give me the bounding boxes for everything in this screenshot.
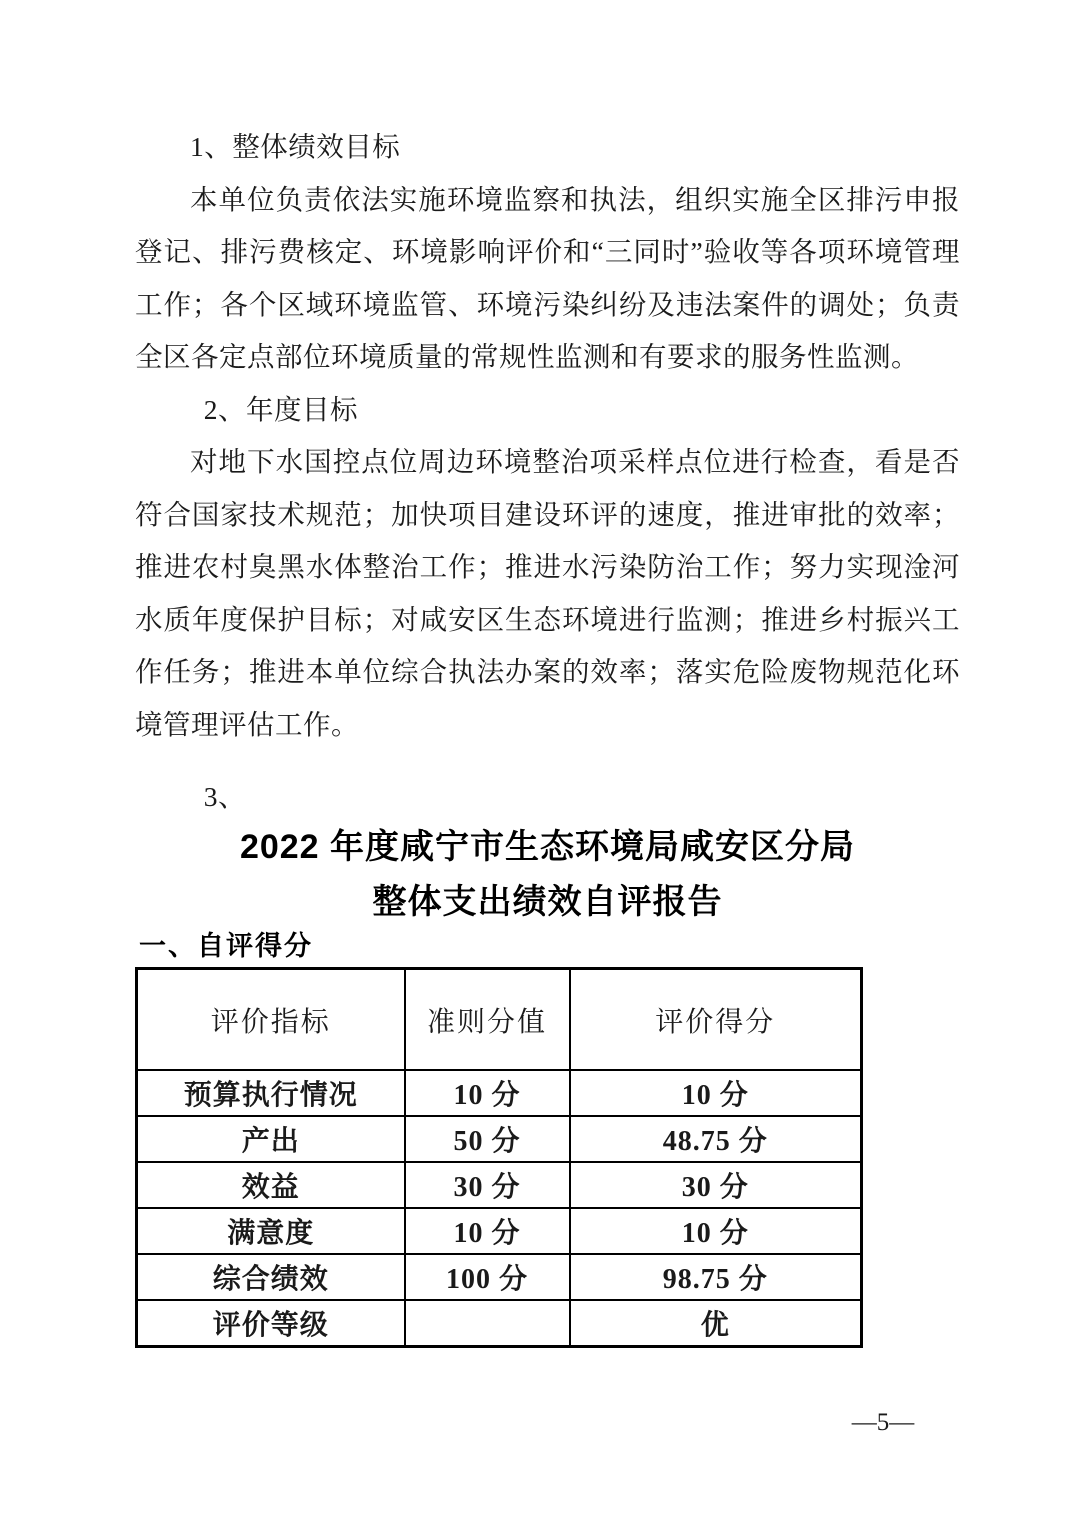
row-criterion-value: 10 分 (405, 1208, 570, 1254)
table-row: 效益 30 分 30 分 (137, 1162, 862, 1208)
header-indicator: 评价指标 (137, 969, 405, 1071)
row-label: 评价等级 (137, 1300, 405, 1347)
table-row: 预算执行情况 10 分 10 分 (137, 1070, 862, 1116)
body-text-block: 1、整体绩效目标 本单位负责依法实施环境监察和执法，组织实施全区排污申报登记、排… (135, 121, 960, 824)
self-score-section-heading: 一、自评得分 (139, 928, 313, 964)
report-title-line2: 整体支出绩效自评报告 (135, 875, 960, 930)
header-evaluation-score: 评价得分 (570, 969, 862, 1071)
section1-heading: 1、整体绩效目标 (135, 121, 960, 174)
row-criterion-value: 100 分 (405, 1254, 570, 1300)
row-score-value: 优 (570, 1300, 862, 1347)
table-row: 评价等级 优 (137, 1300, 862, 1347)
row-score-value: 30 分 (570, 1162, 862, 1208)
row-score-value: 98.75 分 (570, 1254, 862, 1300)
section2-paragraph: 对地下水国控点位周边环境整治项采样点位进行检查，看是否符合国家技术规范；加快项目… (135, 436, 960, 751)
row-score-value: 10 分 (570, 1208, 862, 1254)
table-header-row: 评价指标 准则分值 评价得分 (137, 969, 862, 1071)
row-label: 满意度 (137, 1208, 405, 1254)
header-criterion-score: 准则分值 (405, 969, 570, 1071)
row-criterion-value: 10 分 (405, 1070, 570, 1116)
row-criterion-value: 30 分 (405, 1162, 570, 1208)
section1-paragraph: 本单位负责依法实施环境监察和执法，组织实施全区排污申报登记、排污费核定、环境影响… (135, 174, 960, 384)
row-score-value: 10 分 (570, 1070, 862, 1116)
row-score-value: 48.75 分 (570, 1116, 862, 1162)
page-number: —5— (833, 1405, 933, 1441)
report-title: 2022 年度咸宁市生态环境局咸安区分局 整体支出绩效自评报告 (135, 820, 960, 930)
score-table: 评价指标 准则分值 评价得分 预算执行情况 10 分 10 分 产出 50 分 … (135, 967, 863, 1348)
section2-heading: 2、年度目标 (135, 384, 960, 437)
document-page: 1、整体绩效目标 本单位负责依法实施环境监察和执法，组织实施全区排污申报登记、排… (0, 0, 1074, 1520)
table-row: 综合绩效 100 分 98.75 分 (137, 1254, 862, 1300)
table-row: 满意度 10 分 10 分 (137, 1208, 862, 1254)
row-label: 预算执行情况 (137, 1070, 405, 1116)
row-label: 综合绩效 (137, 1254, 405, 1300)
row-label: 效益 (137, 1162, 405, 1208)
row-criterion-value (405, 1300, 570, 1347)
table-row: 产出 50 分 48.75 分 (137, 1116, 862, 1162)
section3-heading: 3、 (135, 771, 960, 824)
row-label: 产出 (137, 1116, 405, 1162)
row-criterion-value: 50 分 (405, 1116, 570, 1162)
report-title-line1: 2022 年度咸宁市生态环境局咸安区分局 (135, 820, 960, 875)
